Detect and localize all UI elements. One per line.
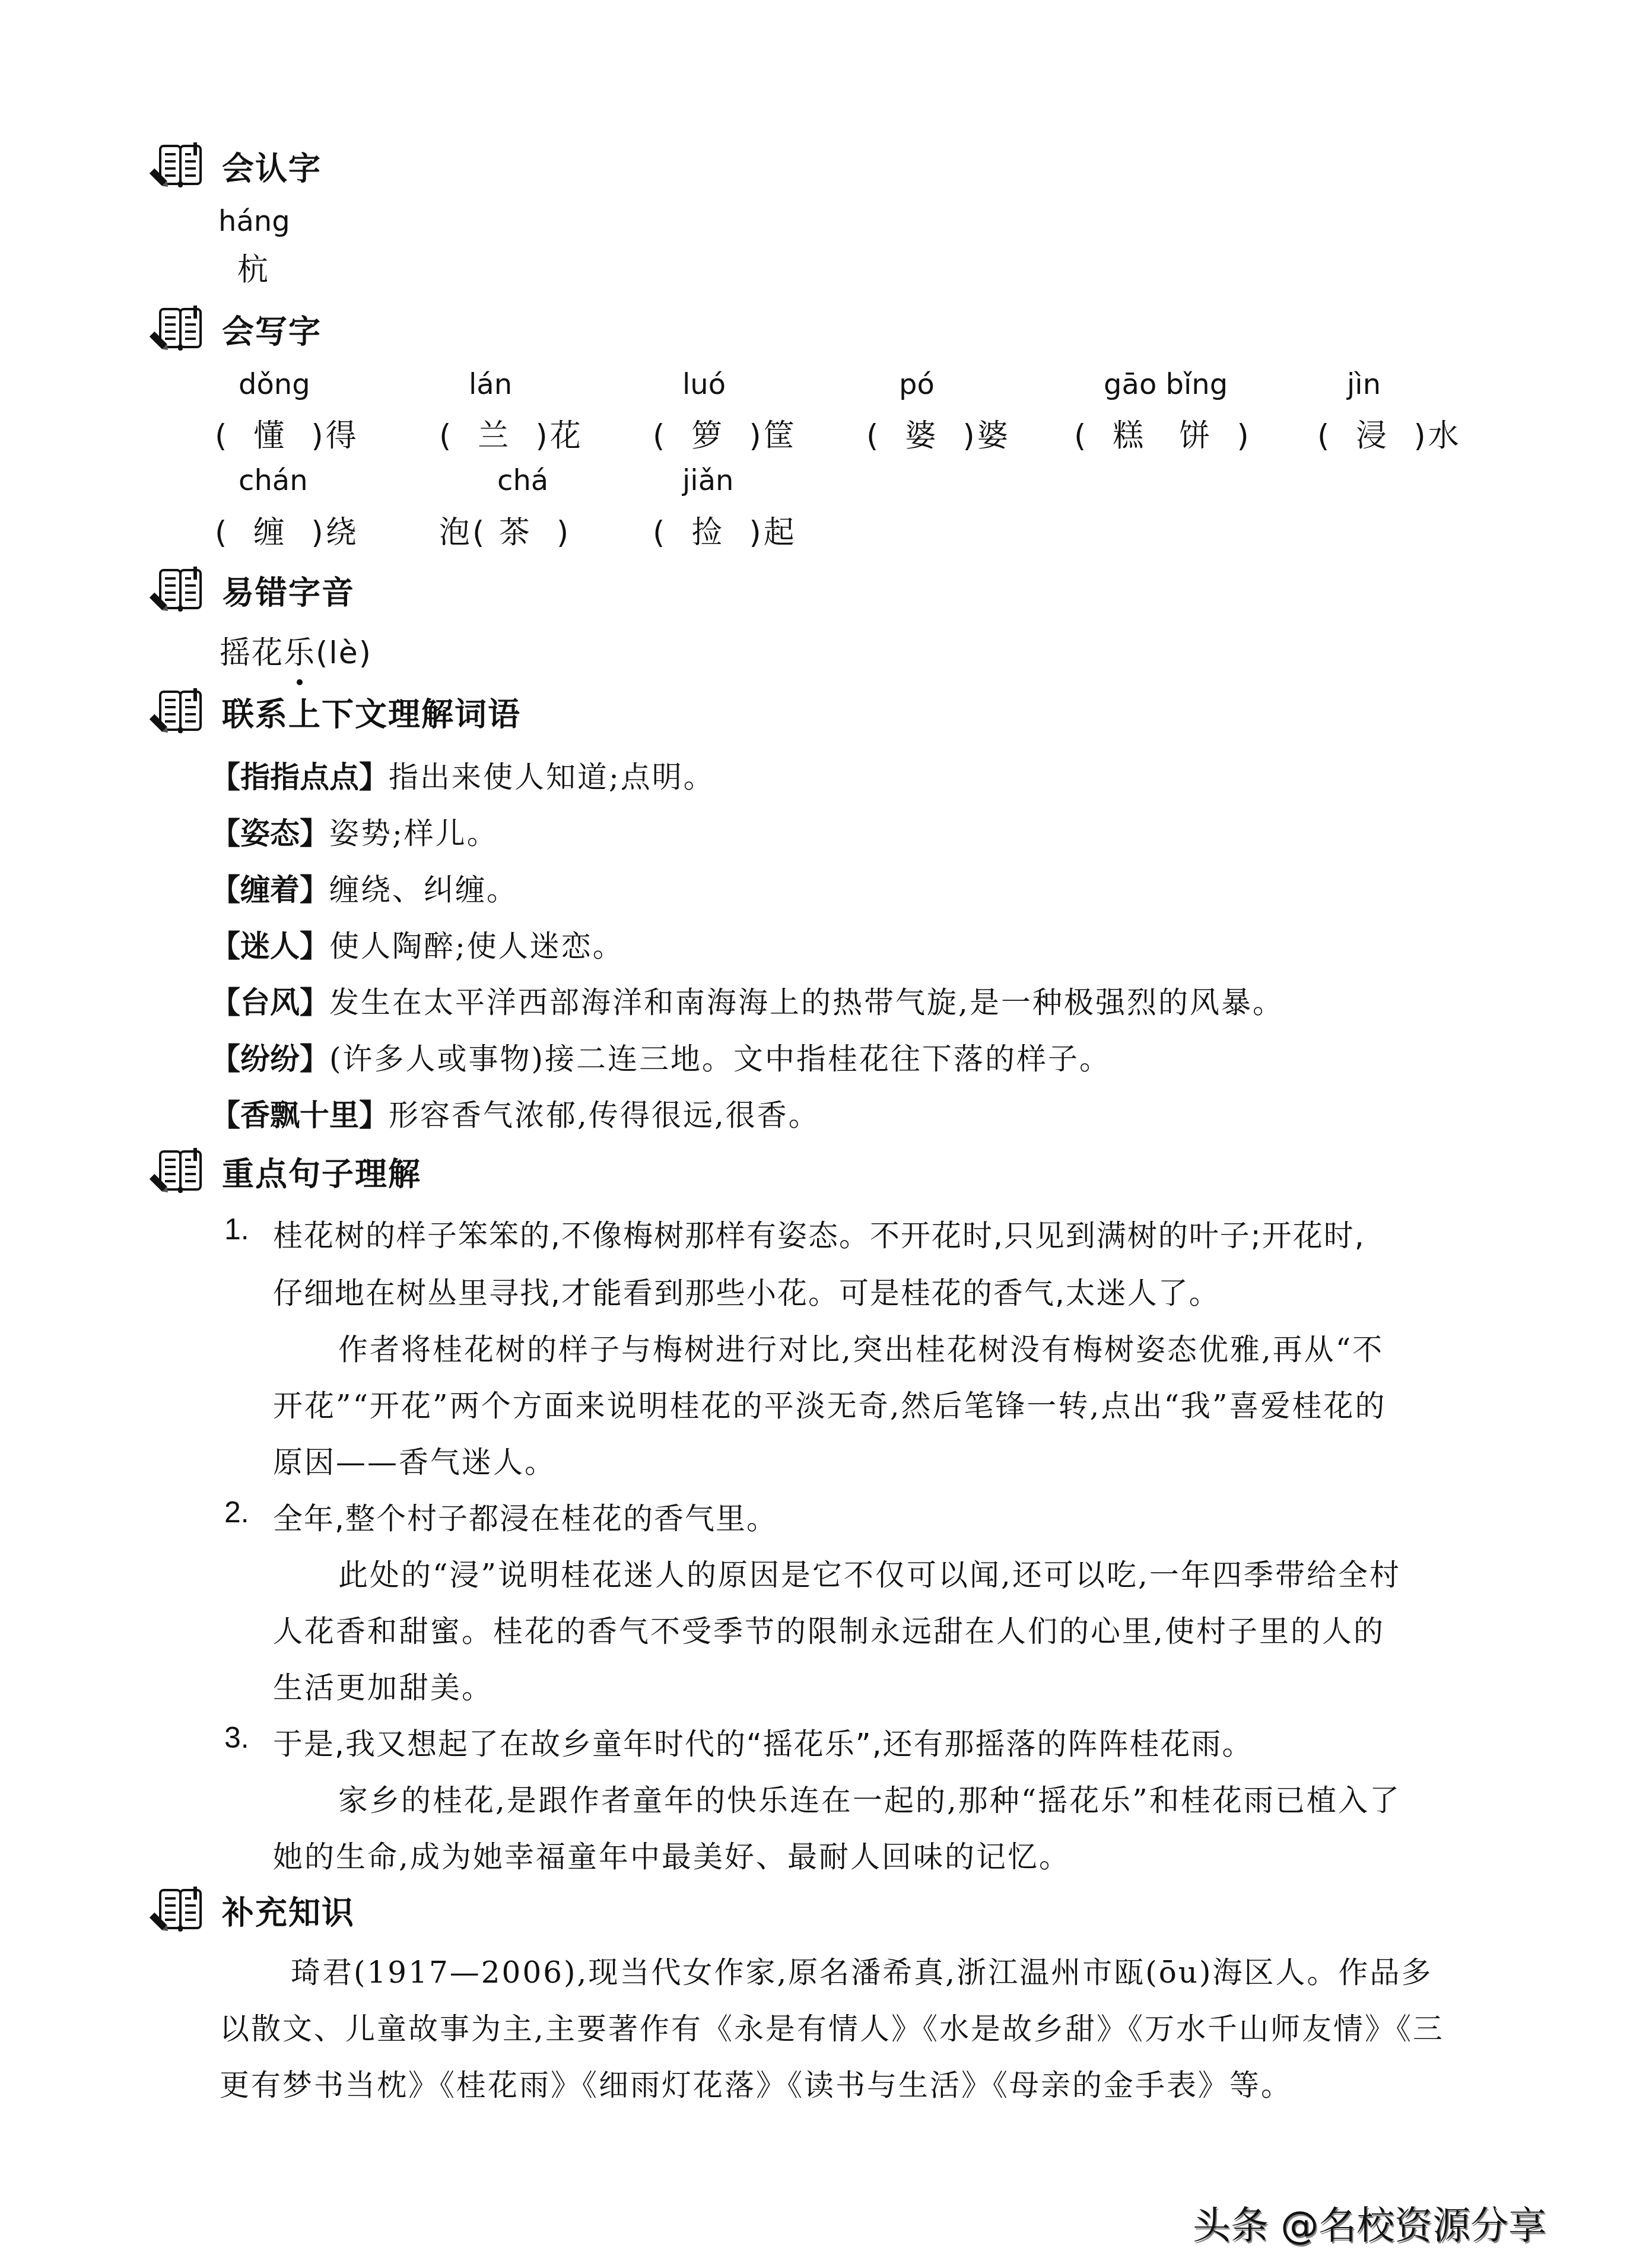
vocab-definition: 姿势;样儿。 <box>329 816 498 851</box>
vocab-definition: (许多人或事物)接二连三地。文中指桂花往下落的样子。 <box>329 1042 1111 1076</box>
pinyin-reading: (lè) <box>316 635 372 671</box>
item-number: 2. <box>224 1495 249 1529</box>
pinyin: luó <box>682 368 726 401</box>
vocab-term: 【台风】 <box>211 985 329 1020</box>
vocab-entry: 【指指点点】指出来使人知道;点明。 <box>211 753 715 796</box>
vocab-entry: 【台风】发生在太平洋西部海洋和南海海上的热带气旋,是一种极强烈的风暴。 <box>211 979 1284 1022</box>
pinyin: jìn <box>1347 368 1381 401</box>
pinyin: pó <box>899 368 935 401</box>
key-sentence-line: 全年,整个村子都浸在桂花的香气里。 <box>273 1495 777 1538</box>
pinyin: chá <box>497 464 548 497</box>
key-sentence-line: 桂花树的样子笨笨的,不像梅树那样有姿态。不开花时,只见到满树的叶子;开花时, <box>273 1212 1365 1255</box>
explanation-line: 生活更加甜美。 <box>273 1664 493 1707</box>
vocab-definition: 缠绕、纠缠。 <box>329 873 518 907</box>
write-item: ( 婆 )婆 <box>866 411 1010 455</box>
write-item: ( 糕 饼 ) <box>1074 411 1251 455</box>
vocab-term: 【指指点点】 <box>211 760 389 794</box>
book-pencil-icon <box>147 306 206 353</box>
write-item: ( 兰 )花 <box>439 411 583 455</box>
explanation-line: 原因——香气迷人。 <box>273 1439 556 1481</box>
write-item: ( 缠 )绕 <box>215 507 359 552</box>
pinyin: chán <box>239 464 308 497</box>
explanation-line: 人花香和甜蜜。桂花的香气不受季节的限制永远甜在人们的心里,使村子里的人的 <box>273 1608 1385 1650</box>
book-pencil-icon <box>147 567 206 614</box>
vocab-term: 【缠着】 <box>211 873 329 907</box>
vocab-term: 【姿态】 <box>211 816 329 851</box>
explanation-line: 家乡的桂花,是跟作者童年的快乐连在一起的,那种“摇花乐”和桂花雨已植入了 <box>338 1777 1401 1820</box>
pinyin: lán <box>469 368 512 401</box>
pinyin: gāo bǐng <box>1104 368 1228 401</box>
supplement-line: 更有梦书当枕》《桂花雨》《细雨灯花落》《读书与生活》《母亲的金手表》等。 <box>220 2062 1292 2104</box>
vocab-definition: 使人陶醉;使人迷恋。 <box>329 929 624 963</box>
watermark: 头条 @名校资源分享 <box>1193 2195 1546 2250</box>
character: 懂 <box>253 418 287 454</box>
section-title: 补充知识 <box>222 1888 355 1933</box>
character: 茶 <box>499 515 532 551</box>
book-pencil-icon <box>147 1148 206 1195</box>
write-item: ( 捡 )起 <box>653 507 797 552</box>
vocab-entry: 【迷人】使人陶醉;使人迷恋。 <box>211 923 624 965</box>
character: 杭 <box>237 244 271 289</box>
key-sentence-line: 于是,我又想起了在故乡童年时代的“摇花乐”,还有那摇落的阵阵桂花雨。 <box>273 1720 1253 1763</box>
item-number: 1. <box>224 1212 249 1246</box>
section-title: 易错字音 <box>222 568 355 613</box>
vocab-entry: 【纷纷】(许多人或事物)接二连三地。文中指桂花往下落的样子。 <box>211 1035 1111 1078</box>
section-title: 联系上下文理解词语 <box>222 689 521 735</box>
explanation-line: 她的生命,成为她幸福童年中最美好、最耐人回味的记忆。 <box>273 1833 1070 1876</box>
section-heading-vocabulary: 联系上下文理解词语 <box>147 688 521 736</box>
item-number: 3. <box>224 1720 249 1755</box>
explanation-line: 作者将桂花树的样子与梅树进行对比,突出桂花树没有梅树姿态优雅,再从“不 <box>338 1326 1384 1369</box>
vocab-term: 【迷人】 <box>211 929 329 963</box>
character: 浸 <box>1356 418 1389 454</box>
write-item: ( 懂 )得 <box>215 411 359 455</box>
pinyin: dǒng <box>239 368 310 401</box>
vocab-definition: 形容香气浓郁,传得很远,很香。 <box>389 1098 820 1133</box>
section-heading-pronunciation: 易错字音 <box>147 567 355 614</box>
character: 糕 饼 <box>1113 418 1212 454</box>
supplement-line: 以散文、儿童故事为主,主要著作有《永是有情人》《水是故乡甜》《万水千山师友情》《… <box>220 2005 1444 2048</box>
book-pencil-icon <box>147 1887 206 1934</box>
character: 缠 <box>253 515 287 551</box>
section-heading-write: 会写字 <box>147 306 322 353</box>
book-pencil-icon <box>147 688 206 736</box>
vocab-entry: 【姿态】姿势;样儿。 <box>211 810 498 853</box>
dotted-character: 乐 <box>284 628 316 672</box>
book-pencil-icon <box>147 142 206 190</box>
supplement-line: 琦君(1917—2006),现当代女作家,原名潘希真,浙江温州市瓯(ōu)海区人… <box>291 1949 1433 1992</box>
vocab-definition: 发生在太平洋西部海洋和南海海上的热带气旋,是一种极强烈的风暴。 <box>329 985 1284 1020</box>
section-title: 重点句子理解 <box>222 1149 421 1195</box>
character: 兰 <box>478 418 511 454</box>
vocab-term: 【香飘十里】 <box>211 1098 389 1133</box>
vocab-term: 【纷纷】 <box>211 1042 329 1076</box>
pinyin: háng <box>218 205 290 238</box>
section-heading-recognize: 会认字 <box>147 142 322 190</box>
section-heading-supplement: 补充知识 <box>147 1887 355 1934</box>
vocab-entry: 【香飘十里】形容香气浓郁,传得很远,很香。 <box>211 1092 820 1134</box>
write-item: 泡( 茶 ) <box>439 507 571 552</box>
explanation-line: 开花”“开花”两个方面来说明桂花的平淡无奇,然后笔锋一转,点出“我”喜爱桂花的 <box>273 1382 1387 1425</box>
section-heading-key-sentences: 重点句子理解 <box>147 1148 421 1195</box>
key-sentence-line: 仔细地在树丛里寻找,才能看到那些小花。可是桂花的香气,太迷人了。 <box>273 1270 1220 1312</box>
write-item: ( 浸 )水 <box>1317 411 1461 455</box>
section-title: 会认字 <box>222 144 322 189</box>
pinyin: jiǎn <box>682 464 734 497</box>
explanation-line: 此处的“浸”说明桂花迷人的原因是它不仅可以闻,还可以吃,一年四季带给全村 <box>338 1551 1401 1594</box>
character: 婆 <box>905 418 938 454</box>
write-item: ( 箩 )筐 <box>653 411 797 455</box>
pronunciation-example: 摇花乐(lè) <box>220 628 372 672</box>
character: 箩 <box>691 418 724 454</box>
character: 捡 <box>691 515 724 551</box>
section-title: 会写字 <box>222 307 322 352</box>
vocab-definition: 指出来使人知道;点明。 <box>389 760 715 794</box>
vocab-entry: 【缠着】缠绕、纠缠。 <box>211 866 518 909</box>
